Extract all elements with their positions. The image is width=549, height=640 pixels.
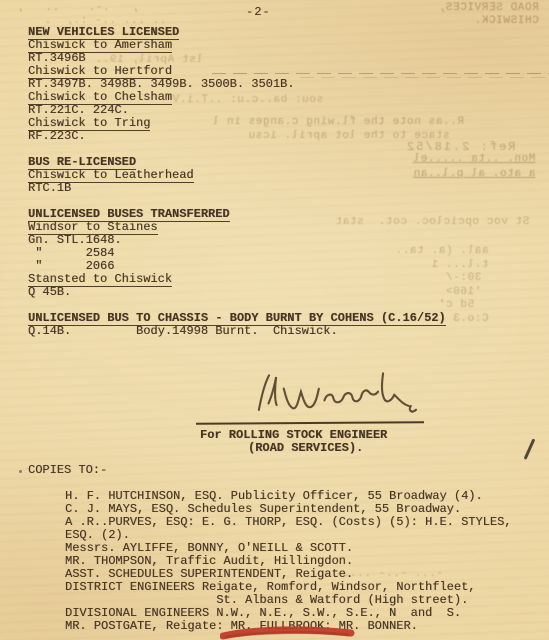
copies-recipient: Messrs. AYLIFFE, BONNY, O'NEILL & SCOTT. (65, 541, 353, 555)
copies-recipient: DIVISIONAL ENGINEERS N.W., N.E., S.W., S… (65, 606, 461, 620)
section-unlicensed-buses-transferred: UNLICENSED BUSES TRANSFERRED Windsor to … (28, 208, 446, 299)
copies-recipient: MR. THOMPSON, Traffic Audit, Hillingdon. (65, 554, 353, 568)
ink-speck (19, 470, 22, 473)
signature-department: (ROAD SERVICES). (248, 441, 363, 455)
section-new-vehicles-licensed: NEW VEHICLES LICENSED Chiswick to Amersh… (28, 26, 446, 143)
fleet-numbers-line: " 2066 (28, 259, 114, 273)
stray-ink-mark (524, 438, 535, 459)
copies-recipient: H. F. HUTCHINSON, ESQ. Publicity Officer… (65, 489, 483, 503)
copies-list: H. F. HUTCHINSON, ESQ. Publicity Officer… (65, 490, 511, 633)
page-number: -2- (246, 5, 271, 19)
copies-recipient: St. Albans & Watford (High street). (65, 593, 468, 607)
fleet-numbers-line: Q.14B. Body.14998 Burnt. Chiswick. (28, 324, 338, 338)
copies-recipient: C. J. MAYS, ESQ. Schedules Superintenden… (65, 502, 461, 516)
red-underline-mark (220, 626, 358, 640)
fleet-numbers-line: Q 45B. (28, 285, 71, 299)
fleet-numbers-line: RT.3497B. 3498B. 3499B. 3500B. 3501B. (28, 77, 294, 91)
bleedthrough-text: ROAD SERVICES, (438, 2, 539, 14)
copies-recipient: A .R..PURVES, ESQ: E. G. THORP, ESQ. (Co… (65, 515, 511, 529)
signature-handwriting (247, 362, 419, 423)
fleet-numbers-line: RT.3496B (28, 51, 86, 65)
report-body: NEW VEHICLES LICENSED Chiswick to Amersh… (28, 26, 446, 351)
copies-recipient: ASST. SCHEDULES SUPERINTENDENT, Reigate. (65, 567, 353, 581)
section-bus-relicensed: BUS RE-LICENSED Chiswick to Leatherhead … (28, 156, 446, 195)
bleedthrough-text: , .-. .. , (16, 2, 138, 14)
copies-section: COPIES TO:- H. F. HUTCHINSON, ESQ. Publi… (28, 464, 511, 633)
fleet-numbers-line: " 2584 (28, 246, 114, 260)
fleet-numbers-line: RT.221C. 224C. (28, 103, 129, 117)
copies-label: COPIES TO:- (28, 463, 107, 477)
scanned-document-page: -2- , .-. .. , .. ... ..- :., . ROAD SER… (0, 0, 549, 640)
section-bus-to-chassis: UNLICENSED BUS TO CHASSIS - BODY BURNT B… (28, 312, 446, 338)
copies-recipient: ESQ. (2). (65, 528, 130, 542)
fleet-numbers-line: RF.223C. (28, 129, 86, 143)
bleedthrough-text: CHISWICK. (474, 15, 539, 27)
fleet-numbers-line: RTC.1B (28, 181, 71, 195)
fleet-numbers-line: Gn. STL.1648. (28, 233, 122, 247)
copies-recipient: DISTRICT ENGINEERS Reigate, Romford, Win… (65, 580, 475, 594)
